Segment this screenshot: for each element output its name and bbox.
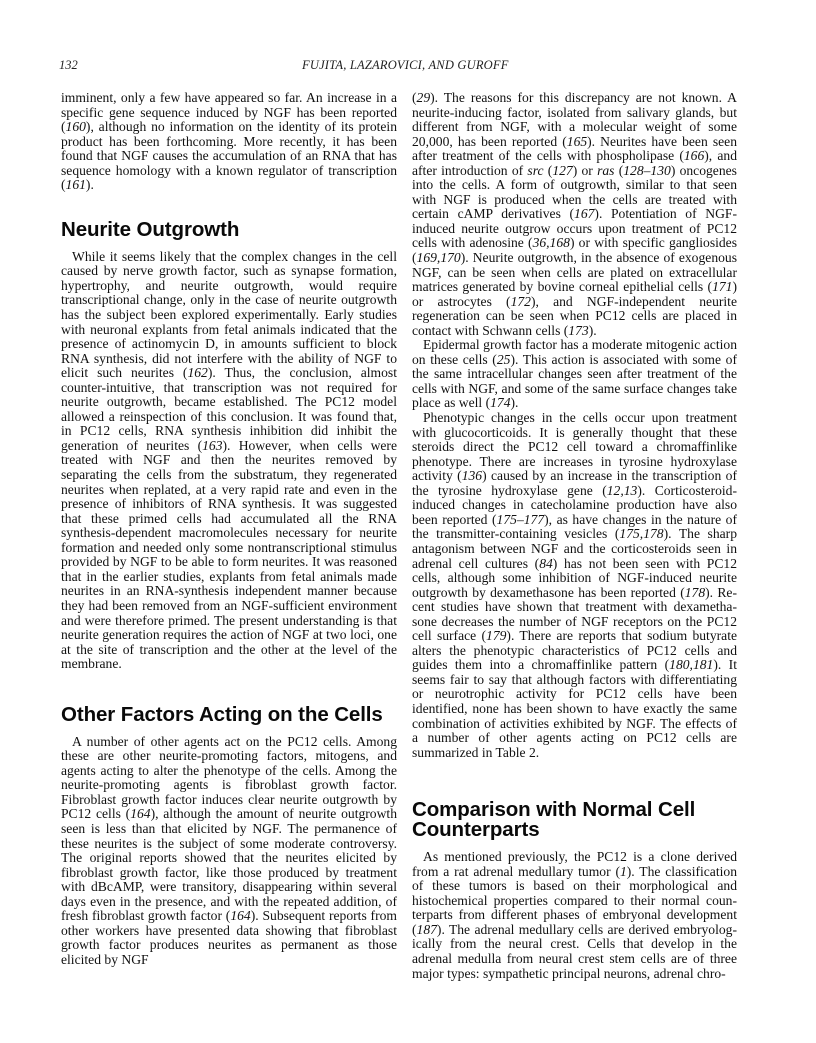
citation-ref: 84 (539, 556, 553, 571)
running-head: 132 FUJITA, LAZAROVICI, AND GUROFF (0, 58, 816, 76)
citation-ref: 12,13 (607, 483, 638, 498)
citation-ref: 171 (712, 279, 732, 294)
citation-ref: 165 (567, 134, 587, 149)
citation-ref: 175,178 (619, 526, 663, 541)
citation-ref: ras (597, 163, 614, 178)
citation-ref: 175–177 (497, 512, 545, 527)
citation-ref: 180,181 (669, 657, 713, 672)
section-heading-comparison: Comparison with Normal Cell Counterparts (412, 800, 737, 840)
heading-line-2: Counterparts (412, 818, 540, 841)
running-title: FUJITA, LAZAROVICI, AND GUROFF (302, 58, 509, 73)
paragraph-other-factors: A number of other agents act on the PC12… (61, 735, 397, 968)
citation-ref: 178 (685, 585, 705, 600)
citation-ref: 172 (511, 294, 531, 309)
citation-ref: 127 (552, 163, 572, 178)
citation-ref: 29 (417, 90, 431, 105)
citation-ref: 136 (462, 468, 482, 483)
paragraph-neurite-outgrowth: While it seems likely that the complex c… (61, 250, 397, 672)
page-number: 132 (59, 58, 78, 73)
citation-ref: 162 (187, 365, 207, 380)
paragraph-epidermal-growth-factor: Epidermal growth factor has a moderate m… (412, 338, 737, 411)
citation-ref: 36,168 (533, 235, 570, 250)
right-column: (29). The reasons for this discrepancy a… (412, 91, 737, 981)
paragraph-phenotypic-changes: Phenotypic changes in the cells occur up… (412, 411, 737, 760)
citation-ref: 160 (66, 119, 86, 134)
section-heading-neurite-outgrowth: Neurite Outgrowth (61, 220, 397, 240)
continued-paragraph-right: (29). The reasons for this discrepancy a… (412, 91, 737, 338)
citation-ref: 173 (568, 323, 588, 338)
citation-ref: 167 (574, 206, 594, 221)
left-column: imminent, only a few have appeared so fa… (61, 91, 397, 967)
citation-ref: 179 (486, 628, 506, 643)
continued-paragraph: imminent, only a few have appeared so fa… (61, 91, 397, 193)
citation-ref: 161 (66, 177, 86, 192)
citation-ref: 169,170 (417, 250, 461, 265)
citation-ref: 187 (417, 922, 437, 937)
citation-ref: 1 (620, 864, 627, 879)
citation-ref: 166 (684, 148, 704, 163)
citation-ref: 128–130 (623, 163, 671, 178)
citation-ref: 164 (230, 908, 250, 923)
citation-ref: 174 (490, 395, 510, 410)
citation-ref: src (527, 163, 543, 178)
paragraph-comparison: As mentioned previously, the PC12 is a c… (412, 850, 737, 981)
citation-ref: 25 (497, 352, 511, 367)
citation-ref: 164 (130, 806, 150, 821)
citation-ref: 163 (202, 438, 222, 453)
section-heading-other-factors: Other Factors Acting on the Cells (61, 705, 397, 725)
